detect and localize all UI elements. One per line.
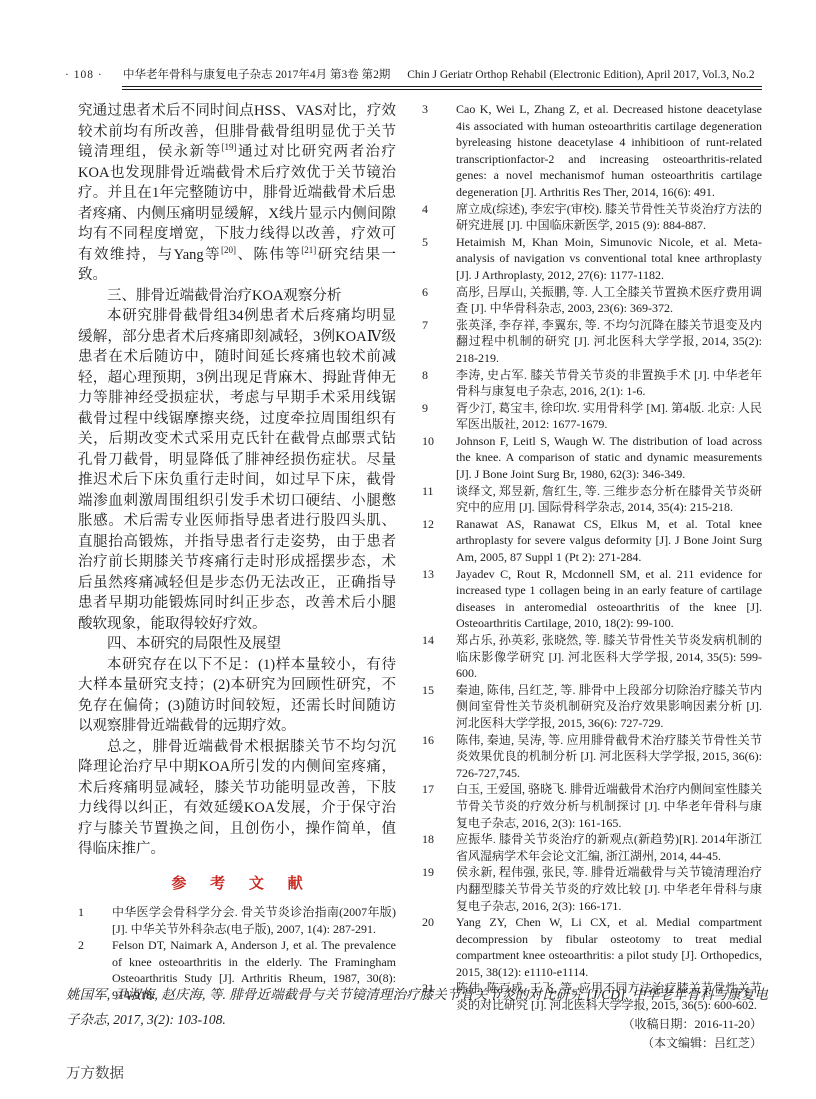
reference-text: 胥少汀, 葛宝丰, 徐印坎. 实用骨科学 [M]. 第4版. 北京: 人民军医出… (456, 400, 762, 433)
reference-text: 张英泽, 李存祥, 李翼东, 等. 不均匀沉降在膝关节退变及内翻过程中机制的研究… (456, 317, 762, 367)
reference-number: 19 (422, 864, 456, 881)
reference-text: 高彤, 吕厚山, 关振鹏, 等. 人工全膝关节置换术医疗费用调查 [J]. 中华… (456, 284, 762, 317)
reference-text: 秦迪, 陈伟, 吕红芝, 等. 腓骨中上段部分切除治疗膝关节内侧间室骨性关节炎机… (456, 682, 762, 732)
citation-superscript: [21] (301, 245, 316, 255)
references-list-right: 3Cao K, Wei L, Zhang Z, et al. Decreased… (422, 101, 762, 1014)
reference-number: 8 (422, 367, 456, 384)
reference-item: 11谈绎文, 郑昱新, 詹红生, 等. 三维步态分析在膝骨关节炎研究中的应用 [… (422, 483, 762, 516)
body-paragraph-conclusion: 总之，腓骨近端截骨术根据膝关节不均匀沉降理论治疗早中期KOA所引发的内侧间室疼痛… (78, 737, 396, 860)
reference-text: 陈伟, 秦迪, 吴涛, 等. 应用腓骨截骨术治疗膝关节骨性关节炎效果优良的机制分… (456, 732, 762, 782)
reference-number: 17 (422, 781, 456, 798)
reference-number: 20 (422, 914, 456, 931)
wanfang-watermark: 万方数据 (66, 1062, 124, 1083)
reference-text: 谈绎文, 郑昱新, 詹红生, 等. 三维步态分析在膝骨关节炎研究中的应用 [J]… (456, 483, 762, 516)
journal-title-chinese: 中华老年骨科与康复电子杂志 2017年4月 第3卷 第2期 (123, 69, 390, 81)
body-paragraph-continuation: 究通过患者术后不同时间点HSS、VAS对比，疗效较术前均有所改善，但腓骨截骨组明… (78, 101, 396, 286)
reference-number: 10 (422, 433, 456, 450)
reference-item: 9胥少汀, 葛宝丰, 徐印坎. 实用骨科学 [M]. 第4版. 北京: 人民军医… (422, 400, 762, 433)
reference-number: 3 (422, 101, 456, 118)
reference-item: 5Hetaimish M, Khan Moin, Simunovic Nicol… (422, 234, 762, 284)
reference-number: 12 (422, 516, 456, 533)
header-double-rule (122, 86, 762, 90)
body-paragraph-observation: 本研究腓骨截骨组34例患者术后疼痛均明显缓解，部分患者术后疼痛即刻减轻，3例KO… (78, 306, 396, 634)
reference-text: 中华医学会骨科学分会. 骨关节炎诊治指南(2007年版) [J]. 中华关节外科… (112, 904, 396, 937)
reference-number: 13 (422, 566, 456, 583)
reference-item: 6高彤, 吕厚山, 关振鹏, 等. 人工全膝关节置换术医疗费用调查 [J]. 中… (422, 284, 762, 317)
journal-title-english: Chin J Geriatr Orthop Rehabil (Electroni… (407, 69, 754, 81)
reference-item: 1中华医学会骨科学分会. 骨关节炎诊治指南(2007年版) [J]. 中华关节外… (78, 904, 396, 937)
reference-number: 15 (422, 682, 456, 699)
section-heading-4: 四、本研究的局限性及展望 (78, 634, 396, 655)
reference-number: 11 (422, 483, 456, 500)
reference-text: 白玉, 王爱国, 骆晓飞. 腓骨近端截骨术治疗内侧间室性膝关节骨关节炎的疗效分析… (456, 781, 762, 831)
journal-page: · 108 · 中华老年骨科与康复电子杂志 2017年4月 第3卷 第2期 Ch… (0, 0, 816, 1099)
reference-item: 8李涛, 史占军. 膝关节骨关节炎的非置换手术 [J]. 中华老年骨科与康复电子… (422, 367, 762, 400)
reference-number: 18 (422, 831, 456, 848)
reference-number: 16 (422, 732, 456, 749)
reference-text: 李涛, 史占军. 膝关节骨关节炎的非置换手术 [J]. 中华老年骨科与康复电子杂… (456, 367, 762, 400)
reference-item: 4席立成(综述), 李宏宇(审校). 膝关节骨性关节炎治疗方法的研究进展 [J]… (422, 201, 762, 234)
reference-item: 12Ranawat AS, Ranawat CS, Elkus M, et al… (422, 516, 762, 566)
reference-text: Johnson F, Leitl S, Waugh W. The distrib… (456, 433, 762, 483)
left-column: 究通过患者术后不同时间点HSS、VAS对比，疗效较术前均有所改善，但腓骨截骨组明… (78, 101, 396, 1004)
reference-item: 17白玉, 王爱国, 骆晓飞. 腓骨近端截骨术治疗内侧间室性膝关节骨关节炎的疗效… (422, 781, 762, 831)
reference-text: 侯永新, 程伟强, 张民, 等. 腓骨近端截骨与关节镜清理治疗内翻型膝关节骨关节… (456, 864, 762, 914)
section-heading-3: 三、腓骨近端截骨治疗KOA观察分析 (78, 286, 396, 307)
reference-item: 18应振华. 膝骨关节炎治疗的新观点(新趋势)[R]. 2014年浙江省风湿病学… (422, 831, 762, 864)
citation-superscript: [20] (221, 245, 236, 255)
references-heading: 参 考 文 献 (78, 874, 396, 895)
reference-item: 13Jayadev C, Rout R, Mcdonnell SM, et al… (422, 566, 762, 632)
citation-superscript: [19] (222, 142, 237, 152)
reference-number: 7 (422, 317, 456, 334)
reference-text: Jayadev C, Rout R, Mcdonnell SM, et al. … (456, 566, 762, 632)
reference-text: 席立成(综述), 李宏宇(审校). 膝关节骨性关节炎治疗方法的研究进展 [J].… (456, 201, 762, 234)
reference-item: 3Cao K, Wei L, Zhang Z, et al. Decreased… (422, 101, 762, 201)
page-number: · 108 · (65, 69, 123, 81)
reference-item: 19侯永新, 程伟强, 张民, 等. 腓骨近端截骨与关节镜清理治疗内翻型膝关节骨… (422, 864, 762, 914)
reference-number: 5 (422, 234, 456, 251)
footer-citation: 姚国军, 尹淑梅, 赵庆海, 等. 腓骨近端截骨与关节镜清理治疗膝关节骨关节炎的… (66, 983, 768, 1032)
journal-masthead: 中华老年骨科与康复电子杂志 2017年4月 第3卷 第2期 Chin J Ger… (123, 66, 755, 82)
reference-number: 6 (422, 284, 456, 301)
reference-number: 14 (422, 632, 456, 649)
reference-number: 9 (422, 400, 456, 417)
reference-item: 20Yang ZY, Chen W, Li CX, et al. Medial … (422, 914, 762, 980)
page-header: · 108 · 中华老年骨科与康复电子杂志 2017年4月 第3卷 第2期 Ch… (65, 66, 762, 82)
editor-note: （本文编辑：吕红芝） (422, 1035, 762, 1052)
paragraph-text: 、陈伟等 (236, 247, 301, 263)
reference-item: 15秦迪, 陈伟, 吕红芝, 等. 腓骨中上段部分切除治疗膝关节内侧间室骨性关节… (422, 682, 762, 732)
body-paragraph-limitations: 本研究存在以下不足：(1)样本量较小，有待大样本量研究支持；(2)本研究为回顾性… (78, 655, 396, 737)
reference-number: 1 (78, 904, 112, 921)
reference-item: 10Johnson F, Leitl S, Waugh W. The distr… (422, 433, 762, 483)
reference-text: Hetaimish M, Khan Moin, Simunovic Nicole… (456, 234, 762, 284)
reference-number: 4 (422, 201, 456, 218)
reference-text: 郑占乐, 孙英彩, 张晓然, 等. 膝关节骨性关节炎发病机制的临床影像学研究 [… (456, 632, 762, 682)
reference-item: 16陈伟, 秦迪, 吴涛, 等. 应用腓骨截骨术治疗膝关节骨性关节炎效果优良的机… (422, 732, 762, 782)
paragraph-text: 通过对比研究两者治疗KOA也发现腓骨近端截骨术后疗效优于关节镜治疗。并且在1年完… (78, 144, 396, 263)
right-column: 3Cao K, Wei L, Zhang Z, et al. Decreased… (422, 101, 762, 1052)
reference-text: 应振华. 膝骨关节炎治疗的新观点(新趋势)[R]. 2014年浙江省风湿病学术年… (456, 831, 762, 864)
reference-text: Ranawat AS, Ranawat CS, Elkus M, et al. … (456, 516, 762, 566)
reference-text: Yang ZY, Chen W, Li CX, et al. Medial co… (456, 914, 762, 980)
reference-text: Cao K, Wei L, Zhang Z, et al. Decreased … (456, 101, 762, 201)
reference-item: 14郑占乐, 孙英彩, 张晓然, 等. 膝关节骨性关节炎发病机制的临床影像学研究… (422, 632, 762, 682)
reference-item: 7张英泽, 李存祥, 李翼东, 等. 不均匀沉降在膝关节退变及内翻过程中机制的研… (422, 317, 762, 367)
reference-number: 2 (78, 937, 112, 954)
